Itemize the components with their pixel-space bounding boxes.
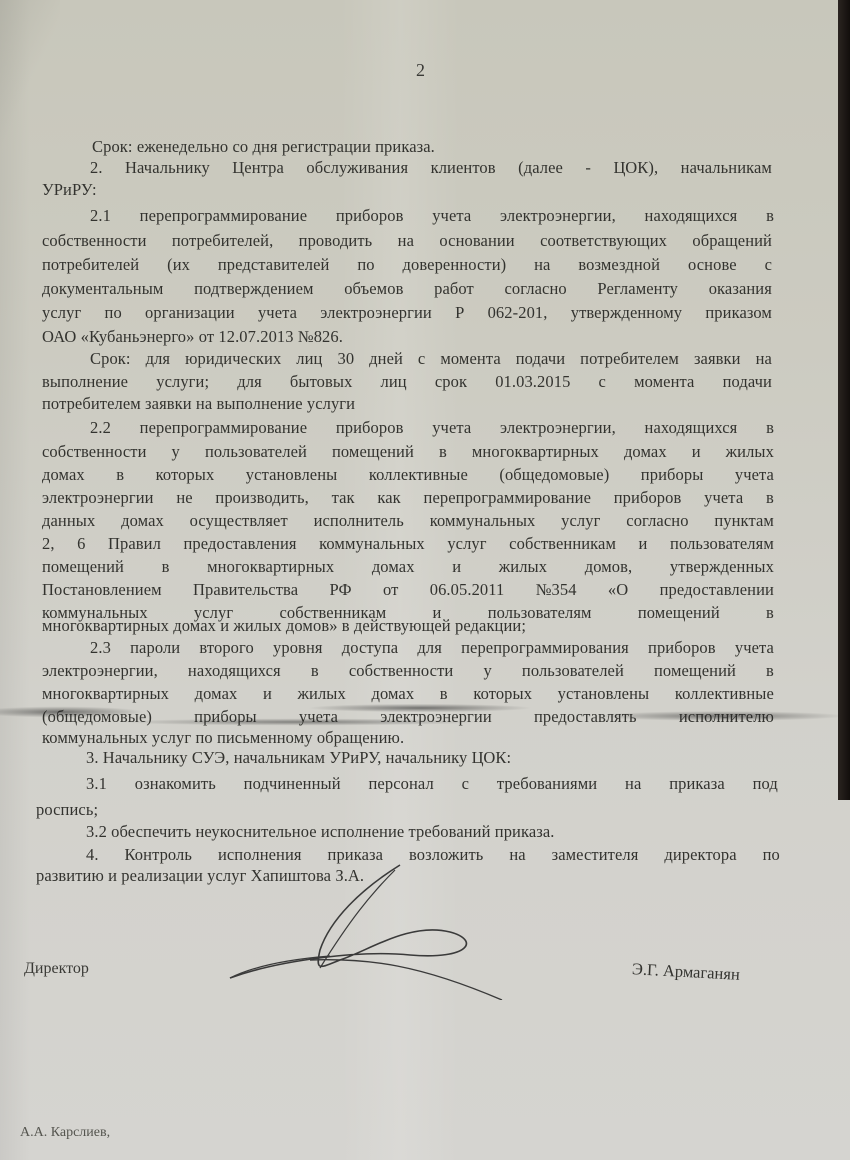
word: приборов — [336, 418, 404, 438]
word: срок — [435, 372, 467, 392]
text-line: 3. Начальнику СУЭ, начальникам УРиРУ, на… — [86, 748, 511, 768]
word: в — [311, 661, 319, 681]
word: и — [639, 534, 648, 554]
word: учета — [735, 465, 774, 485]
word: приказом — [705, 303, 772, 323]
word: находящихся — [645, 418, 738, 438]
text-line: УРиРУ: — [42, 180, 97, 200]
word: 2, — [42, 534, 55, 554]
word: домах — [624, 442, 667, 462]
word: предоставлении — [660, 580, 774, 600]
word: Правил — [108, 534, 161, 554]
text-line: 2.3пароливторогоуровнядоступадляперепрог… — [90, 638, 774, 658]
text-line: домахвкоторыхустановленыколлективные(общ… — [42, 465, 774, 485]
word: учета — [704, 488, 743, 508]
word: электроэнергии, — [500, 418, 616, 438]
word: 06.05.2011 — [430, 580, 505, 600]
word: в — [439, 442, 447, 462]
word: электроэнергии, — [500, 206, 616, 226]
word: основе — [688, 255, 737, 275]
word: начальникам — [681, 158, 772, 178]
word: коммунальных — [319, 534, 425, 554]
word: многоквартирных — [207, 557, 334, 577]
word: с — [418, 349, 425, 369]
text-line: 2.2перепрограммированиеприборовучетаэлек… — [90, 418, 774, 438]
word: Начальнику — [125, 158, 210, 178]
word: в — [766, 488, 774, 508]
word: проводить — [299, 231, 373, 251]
signatory-name: Э.Г. Армаганян — [632, 959, 741, 985]
text-line: Срок:дляюридическихлиц30днейсмоментапода… — [90, 349, 772, 369]
word: по — [357, 255, 374, 275]
word: учета — [258, 303, 297, 323]
text-line: собственностиупользователейпомещенийвмно… — [42, 442, 774, 462]
word: для — [237, 372, 262, 392]
word: Р — [455, 303, 464, 323]
word: пунктам — [714, 511, 774, 531]
word: соответствующих — [540, 231, 667, 251]
text-line: документальнымподтверждениемобъемовработ… — [42, 279, 772, 299]
word: РФ — [329, 580, 351, 600]
word: помещений — [332, 442, 414, 462]
paper-fold-shadow — [0, 0, 60, 200]
word: в — [766, 603, 774, 623]
word: помещений — [42, 557, 124, 577]
word: приборов — [648, 638, 716, 658]
word: персонал — [368, 774, 433, 794]
text-line: собственностипотребителей,проводитьнаосн… — [42, 231, 772, 251]
word: «О — [608, 580, 628, 600]
word: домах — [195, 684, 238, 704]
word: на — [534, 255, 550, 275]
word: - — [585, 158, 591, 178]
word: перепрограммирование — [140, 206, 308, 226]
word: исполнитель — [314, 511, 404, 531]
word: собственности — [349, 661, 454, 681]
word: домах — [372, 557, 415, 577]
word: учета — [432, 418, 471, 438]
word: данных — [42, 511, 95, 531]
word: основании — [439, 231, 514, 251]
text-line: услугпоорганизацииучетаэлектроэнергииР06… — [42, 303, 772, 323]
word: под — [753, 774, 778, 794]
word: подчиненный — [244, 774, 341, 794]
word: объемов — [344, 279, 403, 299]
word: предоставлять — [534, 707, 637, 727]
word: 3.1 — [86, 774, 107, 794]
word: согласно — [505, 279, 567, 299]
text-line: потребителей(ихпредставителейподоверенно… — [42, 255, 772, 275]
word: многоквартирных — [42, 684, 169, 704]
word: оказания — [709, 279, 772, 299]
word: обслуживания — [306, 158, 408, 178]
word: с — [599, 372, 606, 392]
word: заявки — [694, 349, 741, 369]
word: для — [146, 349, 171, 369]
word: в — [116, 465, 124, 485]
word: бытовых — [290, 372, 353, 392]
word: пользователей — [205, 442, 307, 462]
text-line: данныхдомахосуществляетисполнителькоммун… — [42, 511, 774, 531]
word: жилых — [499, 557, 547, 577]
word: представителей — [218, 255, 330, 275]
word: пользователей — [522, 661, 624, 681]
word: с — [462, 774, 469, 794]
word: пароли — [130, 638, 180, 658]
copy-recipient: А.А. Карслиев, — [20, 1125, 110, 1141]
word: Регламенту — [597, 279, 678, 299]
text-line: 3.2 обеспечить неукоснительное исполнени… — [86, 822, 555, 842]
word: подачи — [516, 349, 565, 369]
word: и — [263, 684, 272, 704]
word: не — [176, 488, 192, 508]
word: Срок: — [90, 349, 131, 369]
text-line: коммунальных услуг по письменному обраще… — [42, 728, 404, 748]
word: на — [756, 349, 772, 369]
word: коммунальных — [430, 511, 536, 531]
word: в — [766, 206, 774, 226]
word: домах — [121, 511, 164, 531]
word: момента — [440, 349, 500, 369]
handwritten-signature — [220, 860, 540, 1000]
word: подачи — [723, 372, 772, 392]
word: организации — [145, 303, 235, 323]
word: подтверждением — [194, 279, 313, 299]
page-number: 2 — [416, 60, 425, 81]
word: приборы — [194, 707, 257, 727]
word: №354 — [536, 580, 577, 600]
document-page: 2 Срок: еженедельно со дня регистрации п… — [0, 0, 850, 1160]
text-line: ОАО «Кубаньэнерго» от 12.07.2013 №826. — [42, 327, 343, 347]
word: выполнение — [42, 372, 128, 392]
word: и — [692, 442, 701, 462]
word: у — [172, 442, 180, 462]
word: 2.3 — [90, 638, 111, 658]
text-line: Срок: еженедельно со дня регистрации при… — [92, 137, 435, 157]
word: потребителем — [580, 349, 679, 369]
word: так — [332, 488, 355, 508]
text-line: 2.НачальникуЦентраобслуживанияклиентов(д… — [90, 158, 772, 178]
word: которых — [156, 465, 215, 485]
word: которых — [473, 684, 532, 704]
word: 062-201, — [488, 303, 548, 323]
word: коллективные — [675, 684, 774, 704]
word: ознакомить — [135, 774, 216, 794]
word: для — [417, 638, 442, 658]
word: (общедомовые) — [42, 707, 152, 727]
word: дней — [369, 349, 403, 369]
word: доступа — [342, 638, 398, 658]
word: возмездной — [578, 255, 660, 275]
word: учета — [299, 707, 338, 727]
word: собственности — [42, 231, 147, 251]
text-line: выполнениеуслуги;длябытовыхлицсрок01.03.… — [42, 372, 772, 392]
paper-edge-shadow — [838, 0, 850, 800]
word: домов, — [585, 557, 633, 577]
word: утвержденному — [571, 303, 682, 323]
word: коллективные — [369, 465, 468, 485]
word: собственникам — [509, 534, 616, 554]
word: приборы — [641, 465, 704, 485]
word: пользователям — [670, 534, 774, 554]
word: (их — [167, 255, 190, 275]
word: 4. — [86, 845, 99, 865]
word: момента — [634, 372, 694, 392]
word: документальным — [42, 279, 163, 299]
text-line: многоквартирных домах и жилых домов» в д… — [42, 616, 526, 636]
word: директора — [664, 845, 736, 865]
word: домах — [371, 684, 414, 704]
word: учета — [432, 206, 471, 226]
word: (общедомовые) — [499, 465, 609, 485]
word: услуги; — [156, 372, 209, 392]
word: учета — [735, 638, 774, 658]
word: установлены — [558, 684, 650, 704]
word: электроэнергии, — [42, 661, 158, 681]
word: 6 — [77, 534, 85, 554]
word: Постановлением — [42, 580, 162, 600]
word: клиентов — [431, 158, 496, 178]
word: в — [440, 684, 448, 704]
text-line: 2.1перепрограммированиеприборовучетаэлек… — [90, 206, 774, 226]
word: электроэнергии — [42, 488, 154, 508]
text-line: 2,6Правилпредоставлениякоммунальныхуслуг… — [42, 534, 774, 554]
text-line: помещенийвмногоквартирныхдомахижилыхдомо… — [42, 557, 774, 577]
text-line: роспись; — [36, 800, 98, 820]
word: по — [105, 303, 122, 323]
word: 2.1 — [90, 206, 111, 226]
word: заместителя — [552, 845, 639, 865]
word: с — [765, 255, 772, 275]
word: юридических — [185, 349, 281, 369]
word: в — [162, 557, 170, 577]
word: многоквартирных — [472, 442, 599, 462]
word: обращений — [692, 231, 772, 251]
word: потребителей, — [172, 231, 273, 251]
word: Контроль — [125, 845, 193, 865]
word: в — [766, 661, 774, 681]
word: предоставления — [183, 534, 296, 554]
word: доверенности) — [403, 255, 507, 275]
text-line: ПостановлениемПравительстваРФот06.05.201… — [42, 580, 774, 600]
word: установлены — [246, 465, 338, 485]
word: жилых — [726, 442, 774, 462]
word: и — [452, 557, 461, 577]
word: помещений — [638, 603, 720, 623]
word: помещений — [654, 661, 736, 681]
word: перепрограммирования — [461, 638, 629, 658]
word: находящихся — [645, 206, 738, 226]
word: производить, — [215, 488, 308, 508]
text-line: электроэнергиинепроизводить,таккакперепр… — [42, 488, 774, 508]
text-line: (общедомовые)приборыучетаэлектроэнергиип… — [42, 707, 774, 727]
word: требованиями — [497, 774, 597, 794]
word: электроэнергии — [380, 707, 492, 727]
word: перепрограммирование — [140, 418, 308, 438]
word: уровня — [273, 638, 323, 658]
signatory-position: Директор — [24, 960, 89, 978]
word: потребителей — [42, 255, 139, 275]
word: электроэнергии — [320, 303, 432, 323]
word: по — [763, 845, 780, 865]
word: 2.2 — [90, 418, 111, 438]
text-line: электроэнергии,находящихсявсобственности… — [42, 661, 774, 681]
word: в — [766, 418, 774, 438]
word: собственности — [42, 442, 147, 462]
word: лиц — [296, 349, 322, 369]
word: работ — [434, 279, 474, 299]
word: на — [625, 774, 641, 794]
word: Центра — [232, 158, 284, 178]
word: лиц — [381, 372, 407, 392]
text-line: 3.1ознакомитьподчиненныйперсоналстребова… — [86, 774, 778, 794]
word: исполнителю — [679, 707, 774, 727]
word: согласно — [626, 511, 688, 531]
word: 2. — [90, 158, 103, 178]
word: осуществляет — [190, 511, 288, 531]
word: услуг — [42, 303, 81, 323]
word: ЦОК), — [613, 158, 658, 178]
word: (далее — [518, 158, 563, 178]
word: домах — [42, 465, 85, 485]
word: услуг — [561, 511, 600, 531]
word: приборов — [614, 488, 682, 508]
word: утвержденных — [670, 557, 774, 577]
word: услуг — [447, 534, 486, 554]
word: 30 — [337, 349, 354, 369]
word: Правительства — [193, 580, 298, 600]
text-line: потребителем заявки на выполнение услуги — [42, 394, 355, 414]
word: находящихся — [188, 661, 281, 681]
word: второго — [199, 638, 253, 658]
word: как — [377, 488, 400, 508]
word: приказа — [669, 774, 725, 794]
word: у — [483, 661, 491, 681]
word: жилых — [298, 684, 346, 704]
word: 01.03.2015 — [495, 372, 570, 392]
text-line: многоквартирныхдомахижилыхдомахвкоторыху… — [42, 684, 774, 704]
word: на — [398, 231, 414, 251]
word: приборов — [336, 206, 404, 226]
word: от — [383, 580, 398, 600]
word: перепрограммирование — [424, 488, 592, 508]
